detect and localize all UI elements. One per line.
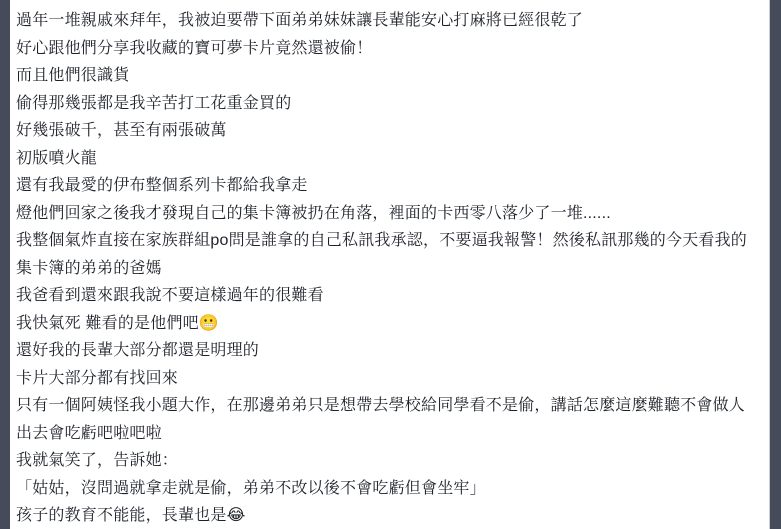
post-line: 而且他們很識貨 [16,62,769,90]
screenshot-viewport: 過年一堆親戚來拜年，我被迫要帶下面弟弟妹妹讓長輩能安心打麻將已經很乾了 好心跟他… [0,0,781,529]
post-line: 我整個氣炸直接在家族群組po問是誰拿的自己私訊我承認，不要逼我報警！然後私訊那幾… [16,227,769,255]
post-line: 孩子的教育不能能，長輩也是😂 [16,502,769,529]
post-line: 我就氣笑了，告訴她： [16,447,769,475]
post-line: 初版噴火龍 [16,145,769,173]
post-line: 燈他們回家之後我才發現自己的集卡簿被扔在角落，裡面的卡西零八落少了一堆.....… [16,200,769,228]
post-content: 過年一堆親戚來拜年，我被迫要帶下面弟弟妹妹讓長輩能安心打麻將已經很乾了 好心跟他… [10,0,769,529]
post-line: 還有我最愛的伊布整個系列卡都給我拿走 [16,172,769,200]
post-line: 只有一個阿姨怪我小題大作，在那邊弟弟只是想帶去學校給同學看不是偷，講話怎麼這麼難… [16,392,769,420]
post-line: 偷得那幾張都是我辛苦打工花重金買的 [16,90,769,118]
post-line: 我爸看到還來跟我說不要這樣過年的很難看 [16,282,769,310]
post-line: 還好我的長輩大部分都還是明理的 [16,337,769,365]
left-edge-bar [0,0,10,529]
right-edge-bar [769,0,781,529]
post-line: 「姑姑，沒問過就拿走就是偷，弟弟不改以後不會吃虧但會坐牢」 [16,475,769,503]
post-line: 過年一堆親戚來拜年，我被迫要帶下面弟弟妹妹讓長輩能安心打麻將已經很乾了 [16,7,769,35]
post-line: 集卡簿的弟弟的爸媽 [16,255,769,283]
post-line: 卡片大部分都有找回來 [16,365,769,393]
post-line: 我快氣死 難看的是他們吧😬 [16,310,769,338]
post-line: 好幾張破千，甚至有兩張破萬 [16,117,769,145]
post-line: 出去會吃虧吧啦吧啦 [16,420,769,448]
post-line: 好心跟他們分享我收藏的寶可夢卡片竟然還被偷！ [16,35,769,63]
